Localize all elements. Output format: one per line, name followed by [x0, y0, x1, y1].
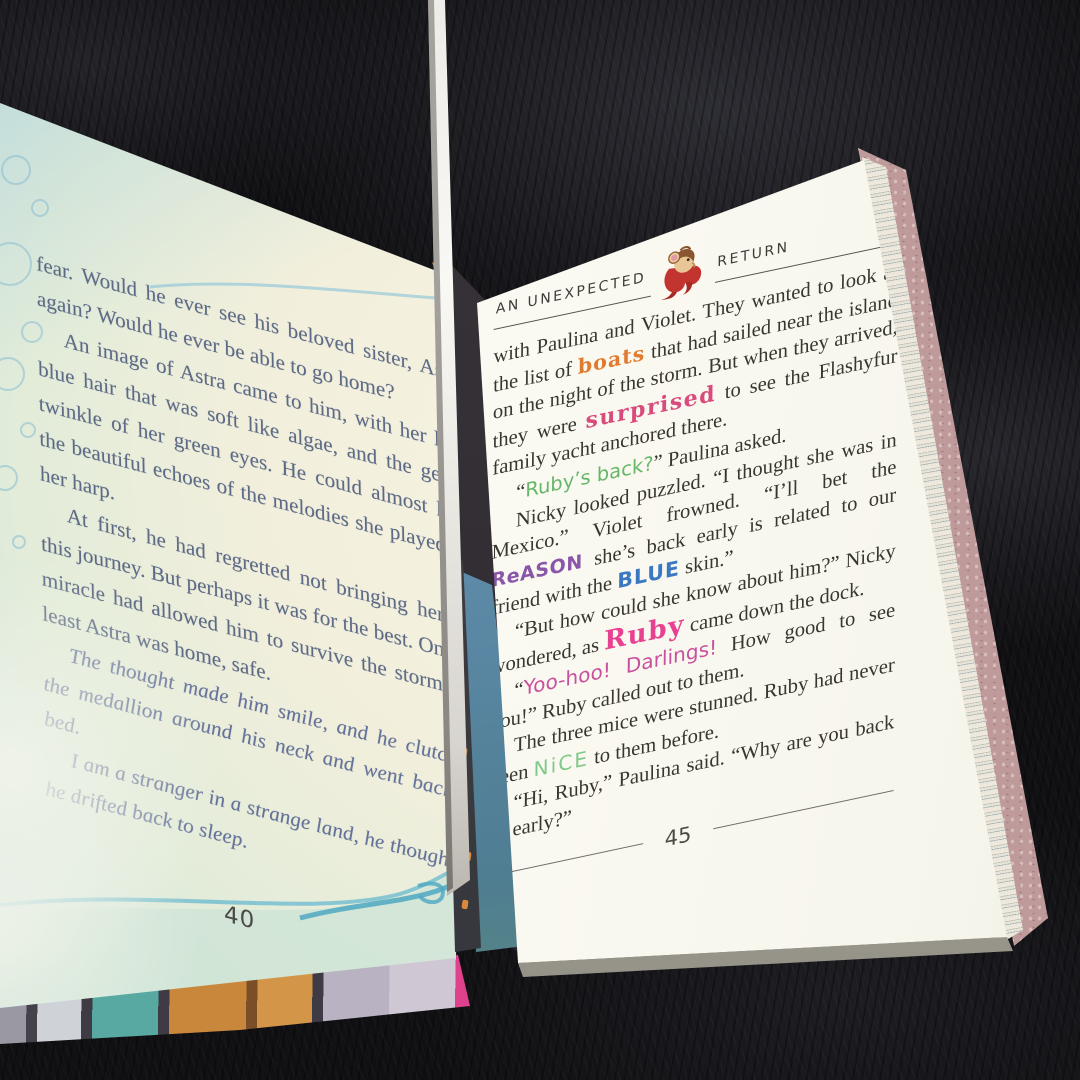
text-segment: “ — [516, 480, 525, 504]
text-segment: “ — [514, 678, 523, 702]
photo-of-open-book: fear. Would he ever see his beloved sist… — [0, 0, 1080, 1080]
right-page-body: with Paulina and Violet. They wanted to … — [489, 258, 898, 850]
chapter-title-right: RETURN — [715, 233, 794, 282]
page-edge-fleck — [461, 900, 468, 910]
right-page-text: AN UNEXPECTED RETURN — [489, 200, 899, 891]
mouse-character-icon — [657, 240, 710, 301]
